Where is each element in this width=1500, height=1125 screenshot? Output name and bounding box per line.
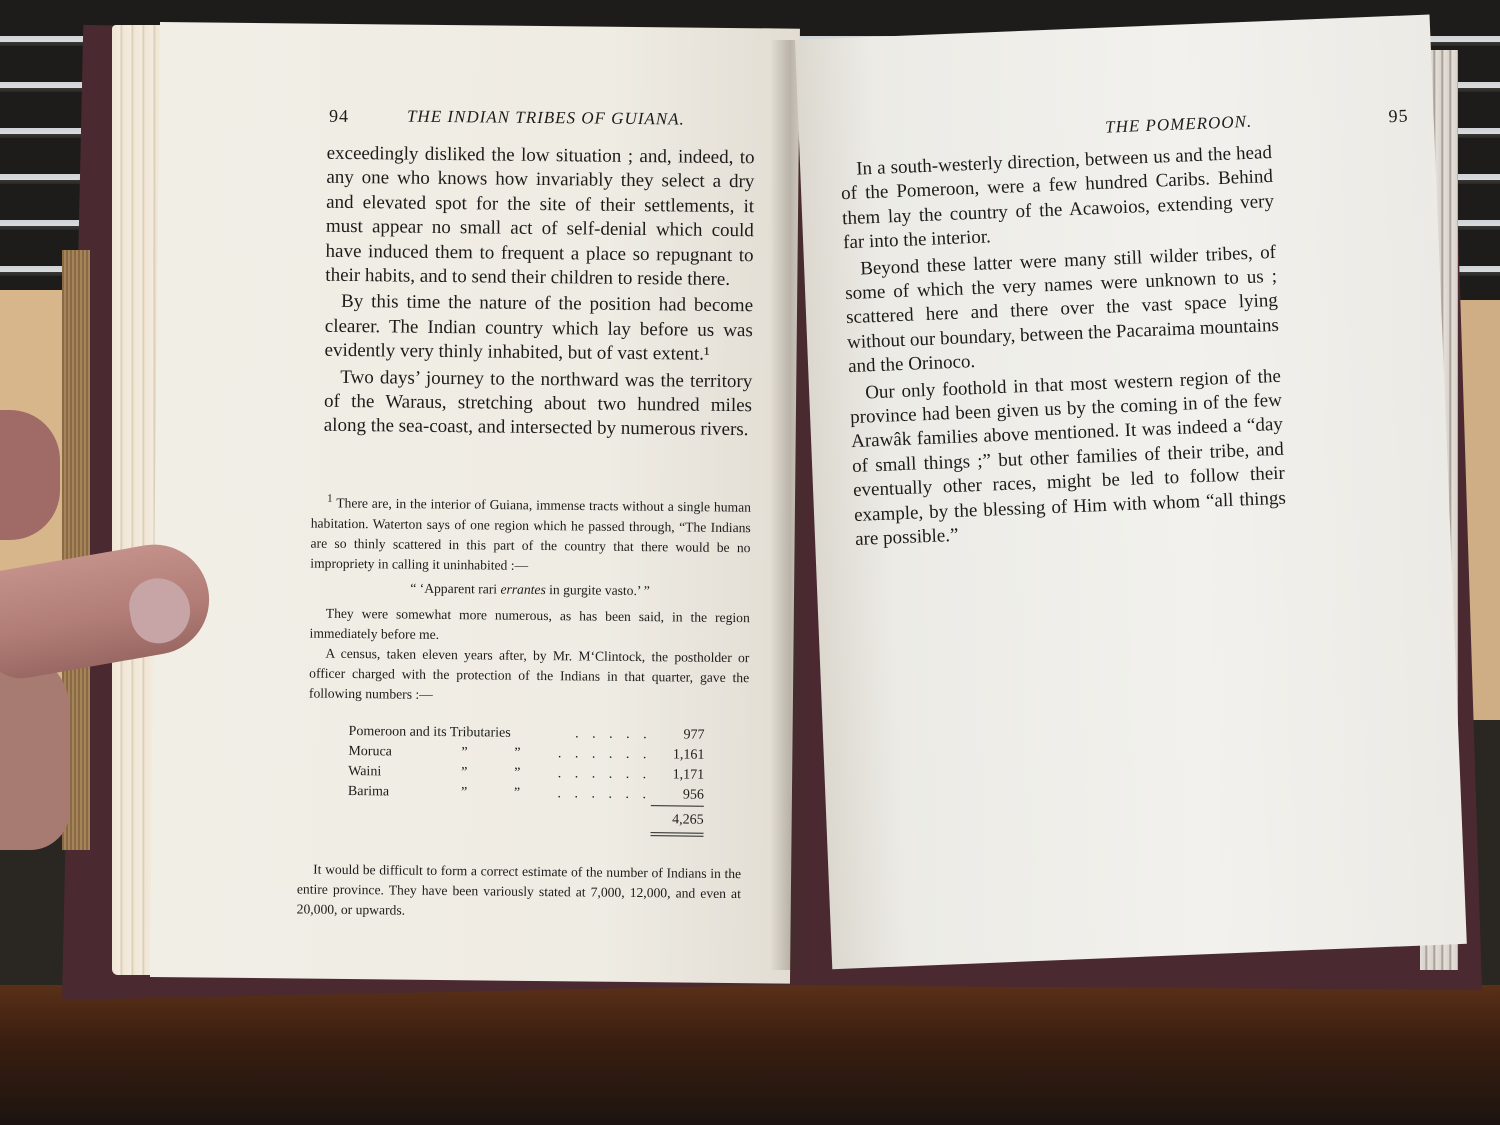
ditto-mark: ”: [438, 743, 491, 764]
census-value: 956: [651, 785, 704, 806]
left-running-head: 94 THE INDIAN TRIBES OF GUIANA.: [329, 106, 769, 132]
right-running-head: THE POMEROON. 95: [968, 105, 1408, 144]
ditto-mark: ”: [490, 784, 543, 805]
ditto-mark: ”: [491, 744, 544, 765]
leader-dots: . . . . . .: [543, 784, 651, 806]
footnote-text: There are, in the interior of Guiana, im…: [310, 495, 751, 572]
census-total: 4,265: [651, 806, 704, 835]
left-page: 94 THE INDIAN TRIBES OF GUIANA. exceedin…: [150, 22, 800, 984]
palm: [0, 650, 70, 850]
paragraph: Two days’ journey to the northward was t…: [324, 365, 753, 443]
ditto-mark: ”: [438, 763, 491, 784]
closing-paragraph: It would be difficult to form a correct …: [297, 859, 742, 924]
census-name: Moruca: [348, 742, 438, 763]
paragraph: Our only foothold in that most western r…: [849, 364, 1288, 552]
census-value: 1,161: [651, 745, 704, 766]
paragraph: By this time the nature of the position …: [324, 290, 753, 368]
latin-quote: “ ‘Apparent rari errantes in gurgite vas…: [310, 577, 750, 602]
right-body-text: In a south-westerly direction, between u…: [840, 141, 1287, 553]
right-page: THE POMEROON. 95 In a south-westerly dir…: [795, 15, 1467, 970]
wooden-table: [0, 985, 1500, 1125]
footnote-marker: 1: [327, 493, 333, 505]
footnote-body: 1 There are, in the interior of Guiana, …: [310, 489, 751, 578]
census-value: 977: [652, 725, 705, 746]
paragraph: In a south-westerly direction, between u…: [840, 141, 1276, 256]
page-number-left: 94: [329, 106, 349, 127]
census-value: 1,171: [651, 765, 704, 786]
small-paragraph: A census, taken eleven years after, by M…: [309, 643, 750, 708]
census-name: Waini: [348, 762, 438, 783]
small-paragraph: They were somewhat more numerous, as has…: [310, 603, 750, 648]
hand: [0, 410, 210, 830]
page-number-right: 95: [1388, 105, 1409, 127]
table-total-row: 4,265: [348, 803, 704, 835]
census-name: Pomeroon and its Tributaries: [348, 722, 544, 744]
paragraph: Beyond these latter were many still wild…: [844, 241, 1281, 380]
census-table: Pomeroon and its Tributaries . . . . . 9…: [348, 722, 705, 837]
left-body-text: exceedingly disliked the low situation ;…: [324, 142, 755, 443]
finger: [0, 410, 60, 540]
leader-dots: . . . . . .: [544, 744, 652, 765]
footnote: 1 There are, in the interior of Guiana, …: [309, 489, 751, 708]
table-row: Pomeroon and its Tributaries . . . . . 9…: [348, 722, 704, 746]
quote-start: “ ‘Apparent rari: [410, 580, 500, 596]
closing-paragraph-block: It would be difficult to form a correct …: [297, 859, 742, 924]
census-name: Barima: [348, 782, 438, 803]
running-head-title-right: THE POMEROON.: [1105, 112, 1253, 139]
leader-dots: . . . . . .: [544, 764, 652, 785]
leader-dots: . . . . .: [544, 724, 652, 745]
paragraph: exceedingly disliked the low situation ;…: [325, 142, 755, 293]
quote-end: in gurgite vasto.’ ”: [546, 582, 650, 598]
quote-italic: errantes: [500, 581, 545, 596]
ditto-mark: ”: [491, 764, 544, 785]
ditto-mark: ”: [438, 783, 491, 804]
running-head-title-left: THE INDIAN TRIBES OF GUIANA.: [407, 107, 685, 131]
